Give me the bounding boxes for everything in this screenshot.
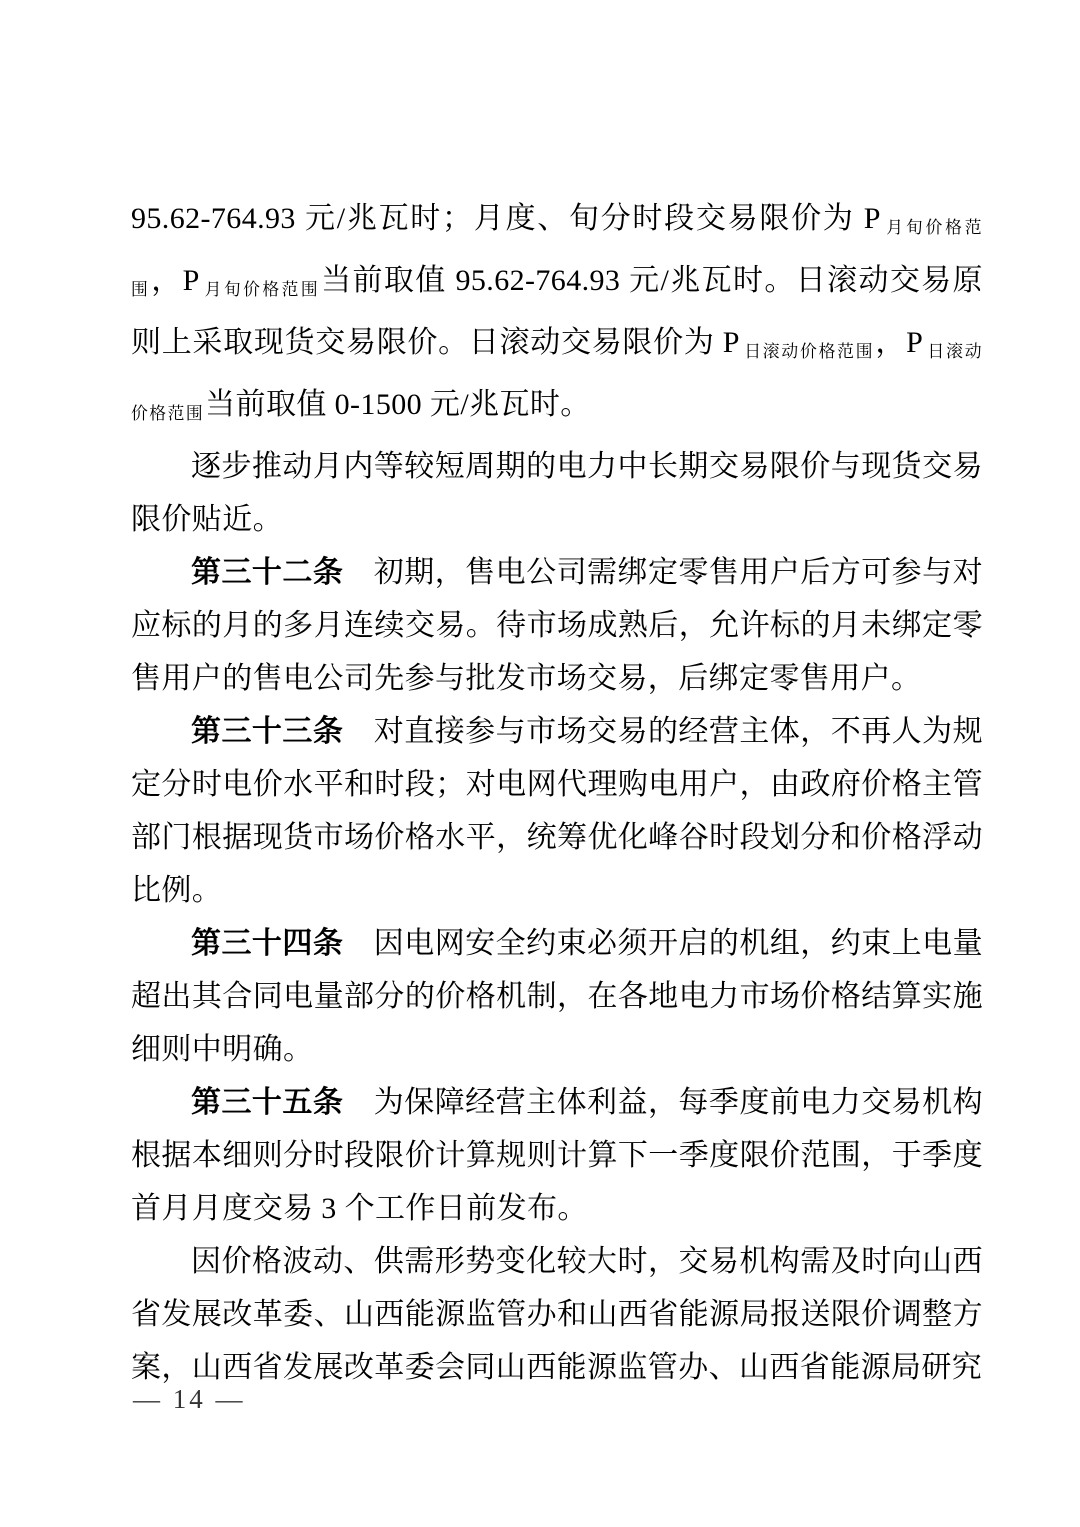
paragraph: 第三十二条 初期，售电公司需绑定零售用户后方可参与对应标的月的多月连续交易。待市… — [131, 546, 983, 705]
article-heading-run: 第三十三条 — [191, 715, 343, 748]
article-heading-run: 第三十五条 — [191, 1086, 343, 1119]
article-heading-run: 第三十四条 — [191, 927, 343, 960]
text-run: 因价格波动、供需形势变化较大时，交易机构需及时向山西省发展改革委、山西能源监管办… — [131, 1245, 983, 1384]
subscript-run: 日滚动价格范围 — [744, 342, 875, 361]
text-run: 95.62-764.93 元/兆瓦时；月度、旬分时段交易限价为 P — [131, 202, 881, 235]
paragraph: 逐步推动月内等较短周期的电力中长期交易限价与现货交易限价贴近。 — [131, 440, 983, 546]
text-run: 当前取值 0-1500 元/兆瓦时。 — [205, 388, 591, 421]
text-run: ，P — [151, 264, 199, 297]
paragraph: 第三十五条 为保障经营主体利益，每季度前电力交易机构根据本细则分时段限价计算规则… — [131, 1076, 983, 1235]
paragraph: 第三十四条 因电网安全约束必须开启的机组，约束上电量超出其合同电量部分的价格机制… — [131, 917, 983, 1076]
text-run: ，P — [875, 326, 923, 359]
page-number: — 14 — — [133, 1384, 246, 1415]
paragraph: 95.62-764.93 元/兆瓦时；月度、旬分时段交易限价为 P月旬价格范围，… — [131, 192, 983, 440]
text-run: 逐步推动月内等较短周期的电力中长期交易限价与现货交易限价贴近。 — [131, 450, 983, 536]
paragraph: 第三十三条 对直接参与市场交易的经营主体，不再人为规定分时电价水平和时段；对电网… — [131, 705, 983, 917]
document-body: 95.62-764.93 元/兆瓦时；月度、旬分时段交易限价为 P月旬价格范围，… — [131, 192, 983, 1394]
document-page: 95.62-764.93 元/兆瓦时；月度、旬分时段交易限价为 P月旬价格范围，… — [0, 0, 1080, 1527]
paragraph: 因价格波动、供需形势变化较大时，交易机构需及时向山西省发展改革委、山西能源监管办… — [131, 1235, 983, 1394]
subscript-run: 月旬价格范围 — [204, 280, 320, 299]
article-heading-run: 第三十二条 — [191, 556, 343, 589]
